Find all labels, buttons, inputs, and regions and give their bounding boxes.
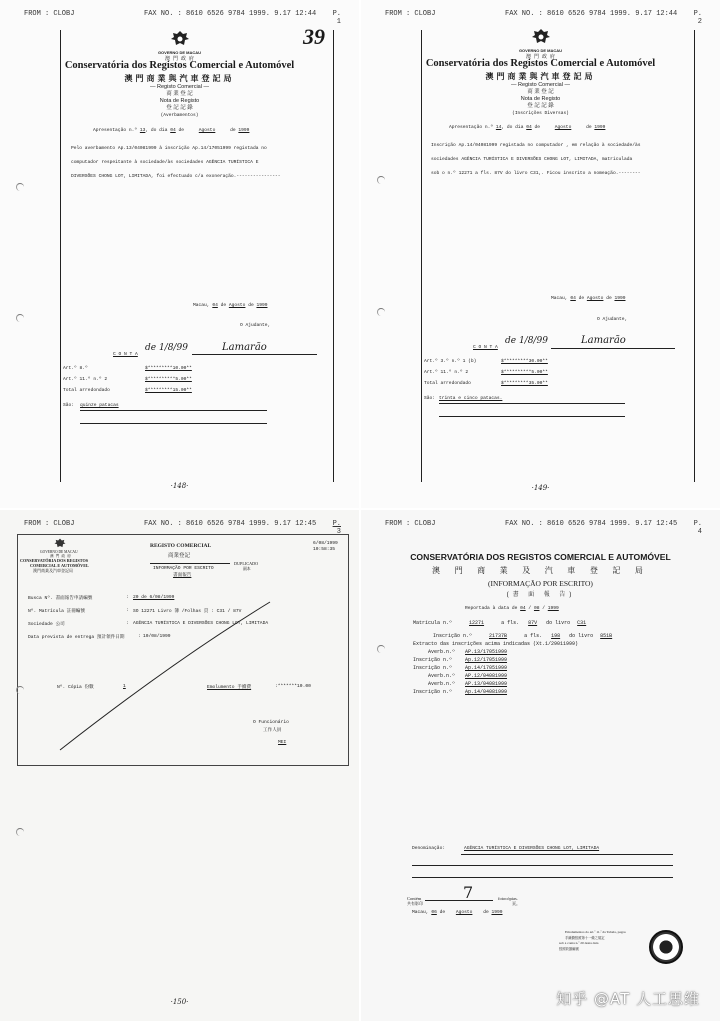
document-page-3: FROM : CLOBJ FAX NO. : 8610 6526 9784 19… — [0, 510, 359, 1021]
rule — [439, 403, 625, 404]
body-line: sob o n.º 12271 a fls. 87V do livro C31,… — [431, 171, 641, 176]
entry-label: Inscrição n.º — [413, 665, 452, 671]
entry-label: Averb.n.º — [428, 649, 455, 655]
reported-date: Reportada à data de 04 / 08 / 1999 — [465, 606, 559, 611]
fee-label: Art.º 11.º n.º 2 — [63, 377, 107, 382]
rule — [425, 900, 493, 901]
fax-page: P. 1 — [329, 10, 341, 26]
document-type: Nota de Registo — [0, 98, 359, 105]
macau-crest-icon — [53, 538, 67, 549]
folio-number: 39 — [303, 24, 325, 50]
fax-header: FROM : CLOBJ FAX NO. : 8610 6526 9784 19… — [385, 520, 702, 536]
emolumentos-conta: sob a conta n.º 20 desta data — [559, 941, 598, 945]
document-type: Nota de Registo — [361, 96, 720, 103]
fax-number: FAX NO. : 8610 6526 9784 — [505, 520, 610, 536]
cancel-stroke — [55, 600, 285, 760]
fax-from: FROM : CLOBJ — [385, 520, 505, 536]
fee-amount: $*********30.00** — [501, 359, 548, 364]
fax-header: FROM : CLOBJ FAX NO. : 8610 6526 9784 19… — [385, 10, 702, 26]
rule — [439, 416, 625, 417]
signature: Lamarão — [222, 342, 267, 353]
punch-hole-icon — [16, 183, 24, 191]
entry-label: Averb.n.º — [428, 673, 455, 679]
document-page-1: FROM : CLOBJ FAX NO. : 8610 6526 9784 19… — [0, 0, 359, 508]
page-footer-number: ·148· — [0, 482, 359, 490]
registo-title: REGISTO COMERCIAL — [150, 543, 211, 549]
office-title: Conservatória dos Registos Comercial e A… — [0, 60, 359, 71]
document-page-2: FROM : CLOBJ FAX NO. : 8610 6526 9784 19… — [361, 0, 720, 508]
info-title: INFORMAÇÃO POR ESCRITO — [153, 566, 214, 571]
fax-datetime: 1999. 9.17 12:45 — [610, 520, 690, 536]
body-line: Inscrição Ap.14/04081999 registada no co… — [431, 143, 641, 148]
rule — [150, 563, 230, 564]
conta-label: C O N T A — [113, 352, 138, 357]
rule — [412, 865, 673, 866]
emolumentos-conta-zh: 按照收據編號 — [559, 946, 579, 951]
section-label-zh: 商 業 登 記 — [361, 89, 720, 96]
extract-label: Extracto das inscrições acima indicadas … — [413, 641, 578, 647]
registo-title-zh: 商業登記 — [168, 551, 190, 559]
rule — [412, 877, 673, 878]
presentation-line: Apresentação n.º 14, do dia 04 de Agosto… — [449, 125, 605, 130]
fee-amount: $**********5.00** — [145, 377, 192, 382]
official-seal-stamp — [649, 930, 683, 964]
entry-value: AP.13/17051999 — [465, 649, 507, 655]
presentation-line: Apresentação n.º 13, do dia 04 de Agosto… — [93, 128, 249, 133]
office-title-zh: 澳門商業與汽車登記局 — [361, 71, 720, 82]
entry-label: Inscrição n.º — [413, 689, 452, 695]
entry-value: Ap.14/04081999 — [465, 689, 507, 695]
fee-amount: $*********15.00** — [145, 388, 192, 393]
entry-value: AP.13/04081999 — [465, 681, 507, 687]
body-line: DIVERSÕES CHONG LOT, LIMITADA, foi efect… — [71, 174, 281, 179]
fee-label: Art.º 11.º n.º 2 — [424, 370, 468, 375]
emolumentos-note: Emolumentos do art.º 11.º da Tabela, pag… — [565, 930, 626, 934]
page-footer-number: ·149· — [361, 484, 720, 492]
fee-label: Art.º 8.º — [63, 366, 88, 371]
rule — [461, 854, 673, 855]
entry-value: Ap.12/17051999 — [465, 657, 507, 663]
page-footer-number: ·150· — [0, 998, 359, 1006]
office-title: Conservatória dos Registos Comercial e A… — [361, 58, 720, 69]
fee-label: Total arredondado — [63, 388, 110, 393]
signer-role: O Ajudante, — [597, 317, 627, 322]
section-label: — Registo Comercial — — [361, 82, 720, 89]
signature-line — [551, 348, 675, 349]
place-date: Macau, 04 de Agosto de 1999 — [551, 296, 626, 301]
punch-hole-icon — [16, 828, 24, 836]
duplicado-label-zh: 副本 — [243, 567, 251, 572]
denominacao-label: Denominação: — [412, 846, 445, 851]
body-line: sociedades AGÊNCIA TURÍSTICA E DIVERSÕES… — [431, 157, 632, 162]
watermark: 知乎 @AT 人工思维 — [556, 988, 700, 1009]
fee-amount: $**********5.00** — [501, 370, 548, 375]
info-title-zh: (書 面 報 告) — [361, 589, 720, 598]
office-title: CONSERVATÓRIA DOS REGISTOS COMERCIAL E A… — [361, 552, 720, 562]
timestamp-time: 10:58:35 — [313, 547, 335, 552]
contem-value: 7 — [463, 883, 473, 902]
fax-page: P. 4 — [690, 520, 702, 536]
fee-amount: $*********35.00** — [501, 381, 548, 386]
punch-hole-icon — [377, 308, 385, 316]
conta-handwritten: de 1/8/99 — [505, 336, 548, 346]
rule — [80, 410, 267, 411]
punch-hole-icon — [377, 645, 385, 653]
sao-label: São: — [424, 396, 435, 401]
document-subtype: (Inscrições Diversas) — [361, 110, 720, 117]
document-type-zh: 登 記 記 錄 — [361, 103, 720, 110]
denominacao-value: AGÊNCIA TURÍSTICA E DIVERSÕES CHONG LOT,… — [464, 846, 599, 851]
punch-hole-icon — [16, 314, 24, 322]
office-line: 澳門商業及汽車登記局 — [33, 568, 73, 574]
emolumentos-note-zh: 手續費按照第十一條之規定 — [565, 935, 605, 940]
fee-label: Art.º 3.º n.º 1 (b) — [424, 359, 476, 364]
office-title-zh: 澳門商業與汽車登記局 — [0, 73, 359, 84]
office-title-zh: 澳 門 商 業 及 汽 車 登 記 局 — [361, 565, 720, 576]
timestamp-date: 6/08/1999 — [313, 541, 338, 546]
info-title-zh: 書面報告 — [173, 572, 191, 578]
sao-value: quinze patacas — [80, 403, 119, 408]
macau-crest-icon — [530, 28, 552, 46]
body-line: computador respeitante à sociedade/às so… — [71, 160, 258, 165]
conta-handwritten: de 1/8/99 — [145, 343, 188, 353]
fax-from: FROM : CLOBJ — [24, 10, 144, 26]
fee-amount: $*********10.00** — [145, 366, 192, 371]
fax-datetime: 1999. 9.17 12:44 — [610, 10, 690, 26]
macau-crest-icon — [169, 30, 191, 48]
section-label-zh: 商 業 登 記 — [0, 91, 359, 98]
section-block: — Registo Comercial — 商 業 登 記 Nota de Re… — [0, 84, 359, 119]
fotocopias-label-zh: 頁。 — [512, 901, 520, 907]
fax-header: FROM : CLOBJ FAX NO. : 8610 6526 9784 19… — [24, 10, 341, 26]
conta-label: C O N T A — [473, 345, 498, 350]
fee-label: Total arredondado — [424, 381, 471, 386]
fax-from: FROM : CLOBJ — [385, 10, 505, 26]
sao-value: trinta e cinco patacas. — [439, 396, 502, 401]
punch-hole-icon — [16, 686, 24, 694]
fax-number: FAX NO. : 8610 6526 9784 — [144, 10, 249, 26]
matricula-line: Matrícula n.º 12271 a fls. 87V do livro … — [413, 620, 590, 626]
entry-value: AP.12/04081999 — [465, 673, 507, 679]
signature-line — [192, 354, 317, 355]
place-date: Macau, 04 de Agosto de 1999 — [193, 303, 268, 308]
punch-hole-icon — [377, 176, 385, 184]
contem-label-zh: 共有影印 — [407, 901, 423, 907]
sao-label: São: — [63, 403, 74, 408]
fax-number: FAX NO. : 8610 6526 9784 — [505, 10, 610, 26]
document-subtype: (Averbamentos) — [0, 112, 359, 119]
document-type-zh: 登 記 記 錄 — [0, 105, 359, 112]
entry-label: Inscrição n.º — [413, 657, 452, 663]
entry-value: Ap.14/17051999 — [465, 665, 507, 671]
signer-role: O Ajudante, — [240, 323, 270, 328]
body-line: Pelo averbamento Ap.13/04081999 à inscri… — [71, 146, 267, 151]
rule — [80, 423, 267, 424]
info-title: (INFORMAÇÃO POR ESCRITO) — [361, 579, 720, 588]
section-block: — Registo Comercial — 商 業 登 記 Nota de Re… — [361, 82, 720, 117]
section-label: — Registo Comercial — — [0, 84, 359, 91]
place-date: Macau, 06 de Agosto de 1999 — [412, 910, 503, 915]
fax-page: P. 2 — [690, 10, 702, 26]
duplicado-label: DUPLICADO — [234, 561, 258, 566]
document-page-4: FROM : CLOBJ FAX NO. : 8610 6526 9784 19… — [361, 510, 720, 1021]
inscricao-line: Inscrição n.º 21737B a fls. 198 do livro… — [433, 633, 616, 639]
signature: Lamarão — [581, 335, 626, 346]
entry-label: Averb.n.º — [428, 681, 455, 687]
